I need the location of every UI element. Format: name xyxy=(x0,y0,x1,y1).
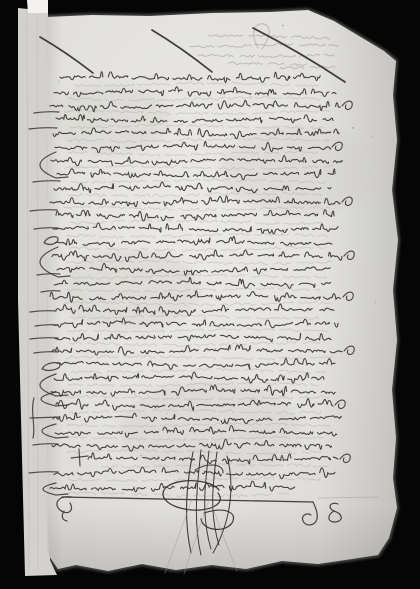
paper-sheet xyxy=(0,0,420,589)
manuscript-scan-image xyxy=(0,0,420,589)
manuscript-photo xyxy=(0,0,420,589)
corner-tab xyxy=(27,0,48,13)
